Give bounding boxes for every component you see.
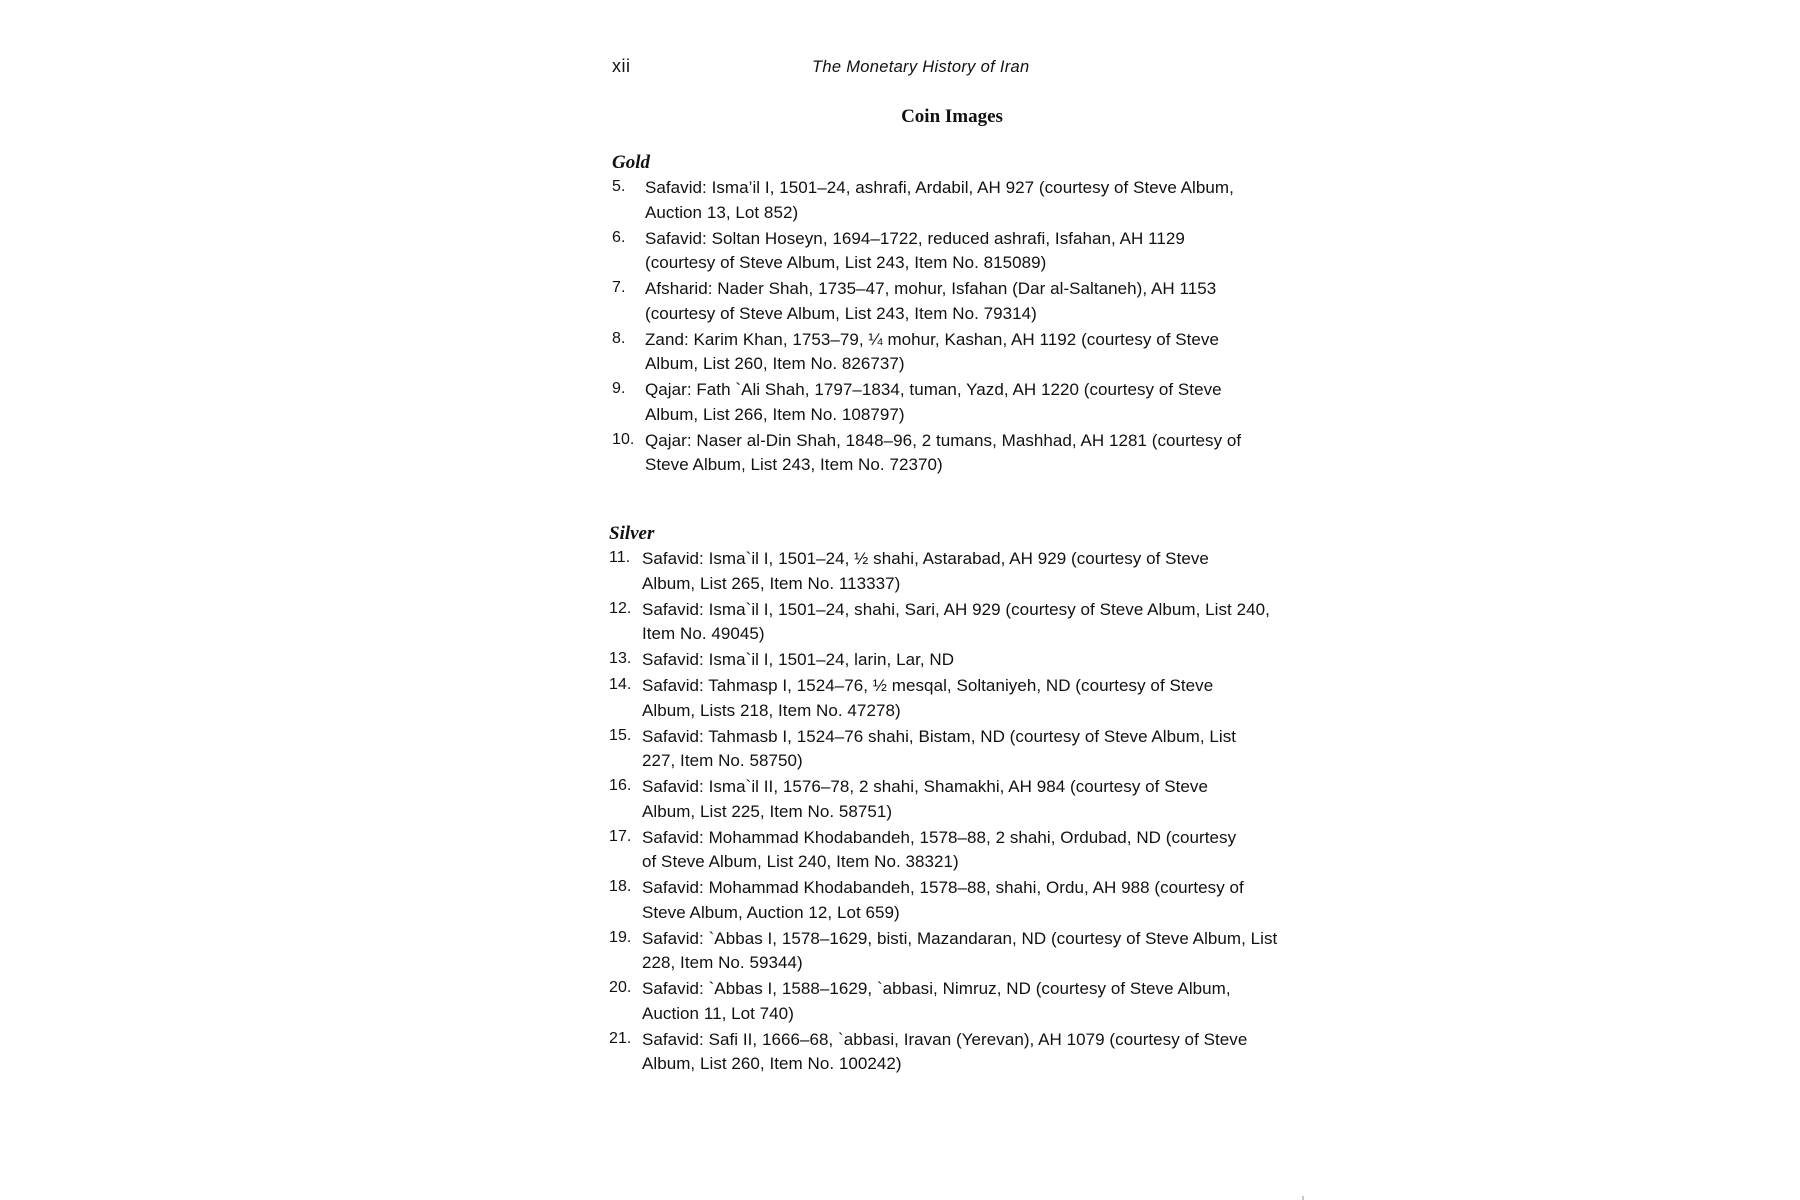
item-text: Safavid: `Abbas I, 1578–1629, bisti, Maz… bbox=[642, 929, 1277, 973]
item-number: 9. bbox=[612, 377, 625, 402]
item-number: 16. bbox=[609, 774, 631, 799]
item-number: 12. bbox=[609, 597, 631, 622]
list-item: 5. Safavid: Isma’il I, 1501–24, ashrafi,… bbox=[612, 176, 1255, 225]
book-page: xii The Monetary History of Iran Coin Im… bbox=[0, 0, 1800, 1200]
item-text: Safavid: Soltan Hoseyn, 1694–1722, reduc… bbox=[645, 229, 1185, 273]
item-number: 17. bbox=[609, 825, 631, 850]
item-number: 19. bbox=[609, 926, 631, 951]
list-item: 12. Safavid: Isma`il I, 1501–24, shahi, … bbox=[609, 598, 1304, 647]
list-item: 11. Safavid: Isma`il I, 1501–24, ½ shahi… bbox=[609, 547, 1254, 596]
list-item: 21. Safavid: Safi II, 1666–68, `abbasi, … bbox=[609, 1028, 1302, 1077]
item-text: Safavid: Tahmasp I, 1524–76, ½ mesqal, S… bbox=[642, 676, 1213, 720]
item-number: 21. bbox=[609, 1027, 631, 1052]
item-number: 14. bbox=[609, 673, 631, 698]
silver-entries: 11. Safavid: Isma`il I, 1501–24, ½ shahi… bbox=[609, 547, 1289, 1077]
list-item: 20. Safavid: `Abbas I, 1588–1629, `abbas… bbox=[609, 977, 1262, 1026]
item-text: Safavid: Isma`il I, 1501–24, larin, Lar,… bbox=[642, 650, 954, 669]
item-text: Safavid: Isma’il I, 1501–24, ashrafi, Ar… bbox=[645, 178, 1234, 222]
item-text: Afsharid: Nader Shah, 1735–47, mohur, Is… bbox=[645, 279, 1216, 323]
section-title: Coin Images bbox=[612, 106, 1262, 128]
item-text: Safavid: Isma`il II, 1576–78, 2 shahi, S… bbox=[642, 777, 1208, 821]
item-text: Safavid: Mohammad Khodabandeh, 1578–88, … bbox=[642, 878, 1244, 922]
gold-heading: Gold bbox=[612, 150, 1292, 176]
item-text: Safavid: Safi II, 1666–68, `abbasi, Irav… bbox=[642, 1030, 1247, 1074]
list-item: 13. Safavid: Isma`il I, 1501–24, larin, … bbox=[609, 648, 1254, 673]
gold-coin-list: Gold 5. Safavid: Isma’il I, 1501–24, ash… bbox=[612, 150, 1292, 479]
item-text: Safavid: Mohammad Khodabandeh, 1578–88, … bbox=[642, 828, 1236, 872]
running-head: xii The Monetary History of Iran bbox=[612, 56, 1262, 82]
silver-coin-list: Silver 11. Safavid: Isma`il I, 1501–24, … bbox=[609, 521, 1289, 1078]
item-number: 6. bbox=[612, 226, 625, 251]
list-item: 10. Qajar: Naser al-Din Shah, 1848–96, 2… bbox=[612, 429, 1245, 478]
item-number: 18. bbox=[609, 875, 631, 900]
item-number: 10. bbox=[612, 428, 634, 453]
item-number: 11. bbox=[609, 546, 630, 571]
item-text: Qajar: Fath `Ali Shah, 1797–1834, tuman,… bbox=[645, 380, 1222, 424]
item-text: Qajar: Naser al-Din Shah, 1848–96, 2 tum… bbox=[645, 431, 1241, 475]
item-number: 5. bbox=[612, 175, 625, 200]
list-item: 17. Safavid: Mohammad Khodabandeh, 1578–… bbox=[609, 826, 1254, 875]
list-item: 19. Safavid: `Abbas I, 1578–1629, bisti,… bbox=[609, 927, 1282, 976]
list-item: 18. Safavid: Mohammad Khodabandeh, 1578–… bbox=[609, 876, 1254, 925]
scan-artifact bbox=[1302, 1196, 1304, 1200]
item-number: 8. bbox=[612, 327, 625, 352]
silver-heading: Silver bbox=[609, 521, 1289, 547]
item-number: 13. bbox=[609, 647, 631, 672]
gold-entries: 5. Safavid: Isma’il I, 1501–24, ashrafi,… bbox=[612, 176, 1292, 478]
item-text: Zand: Karim Khan, 1753–79, ¼ mohur, Kash… bbox=[645, 330, 1219, 374]
item-text: Safavid: Isma`il I, 1501–24, shahi, Sari… bbox=[642, 600, 1270, 644]
item-text: Safavid: Isma`il I, 1501–24, ½ shahi, As… bbox=[642, 549, 1209, 593]
list-item: 14. Safavid: Tahmasp I, 1524–76, ½ mesqa… bbox=[609, 674, 1254, 723]
item-number: 15. bbox=[609, 724, 631, 749]
item-text: Safavid: `Abbas I, 1588–1629, `abbasi, N… bbox=[642, 979, 1231, 1023]
book-title: The Monetary History of Iran bbox=[812, 58, 1029, 77]
list-item: 7. Afsharid: Nader Shah, 1735–47, mohur,… bbox=[612, 277, 1260, 326]
item-text: Safavid: Tahmasb I, 1524–76 shahi, Bista… bbox=[642, 727, 1236, 771]
item-number: 20. bbox=[609, 976, 631, 1001]
page-number: xii bbox=[612, 56, 631, 77]
list-item: 16. Safavid: Isma`il II, 1576–78, 2 shah… bbox=[609, 775, 1254, 824]
list-item: 8. Zand: Karim Khan, 1753–79, ¼ mohur, K… bbox=[612, 328, 1257, 377]
list-item: 15. Safavid: Tahmasb I, 1524–76 shahi, B… bbox=[609, 725, 1242, 774]
list-item: 9. Qajar: Fath `Ali Shah, 1797–1834, tum… bbox=[612, 378, 1257, 427]
item-number: 7. bbox=[612, 276, 625, 301]
list-item: 6. Safavid: Soltan Hoseyn, 1694–1722, re… bbox=[612, 227, 1255, 276]
